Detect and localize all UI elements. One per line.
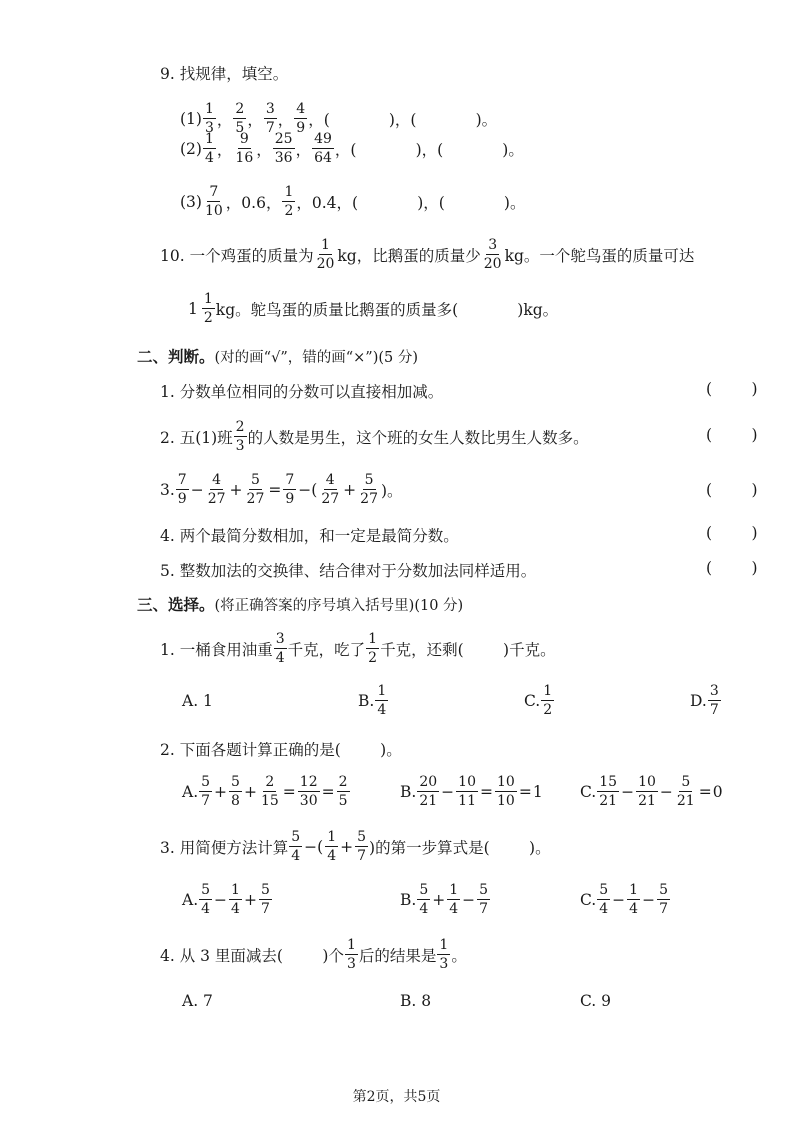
fraction: 25 (337, 775, 350, 808)
numerator: 1 (437, 938, 450, 955)
fraction: 2536 (273, 132, 295, 165)
denominator: 5 (337, 792, 350, 808)
numerator: 5 (259, 883, 272, 900)
fraction: 527 (245, 473, 267, 506)
denominator: 30 (298, 792, 320, 808)
denominator: 2 (202, 309, 215, 325)
numerator: 7 (207, 185, 220, 202)
whole-part: 1 (188, 300, 198, 318)
answer-blank[interactable]: 千克，还剩( )千克。 (380, 638, 556, 660)
minus-sign: − (462, 891, 475, 909)
denominator: 27 (319, 490, 341, 506)
q3-option-b[interactable]: B. 54 + 14 − 57 (400, 883, 491, 916)
numerator: 2 (233, 102, 246, 119)
question-text: 。 (451, 944, 467, 966)
fraction: 12 (366, 632, 379, 665)
denominator: 9 (176, 490, 189, 506)
judge-item-3: 3. 79 − 427 + 527 = 79 −( 427 + 527 )。 (160, 473, 403, 506)
q2-option-c[interactable]: C. 1521 − 1021 − 521 = 0 (580, 775, 723, 808)
section3-title: 三、选择。 (137, 593, 215, 615)
section3-note: (将正确答案的序号填入括号里)(10 分) (215, 594, 464, 615)
denominator: 21 (636, 792, 658, 808)
option-label: A. 1 (182, 692, 213, 710)
denominator: 8 (229, 792, 242, 808)
denominator: 15 (259, 792, 281, 808)
numerator: 5 (199, 883, 212, 900)
judge-item-5: 5. 整数加法的交换律、结合律对于分数加法同样适用。 (160, 559, 536, 581)
numerator: 1 (319, 238, 332, 255)
fraction: 1521 (597, 775, 619, 808)
fraction: 120 (315, 238, 337, 271)
judge-text: )。 (381, 479, 403, 501)
fraction: 4964 (312, 132, 334, 165)
numerator: 15 (597, 775, 619, 792)
option-label: D. (690, 692, 707, 710)
judge-item-2: 2. 五(1)班 23 的人数是男生，这个班的女生人数比男生人数多。 (160, 420, 589, 453)
choice-q2: 2. 下面各题计算正确的是( )。 (160, 738, 402, 760)
fraction: 57 (657, 883, 670, 916)
option-label: A. 7 (182, 992, 213, 1010)
equals-sign: = (699, 783, 712, 801)
question-text: 后的结果是 (359, 944, 437, 966)
fraction: 12 (541, 684, 554, 717)
q10-line2: 1 12 kg。鸵鸟蛋的质量比鹅蛋的质量多( )kg。 (188, 292, 558, 325)
denominator: 9 (283, 490, 296, 506)
fraction: 521 (675, 775, 697, 808)
fraction: 2021 (417, 775, 439, 808)
option-label: C. (580, 783, 596, 801)
judge-paren-5[interactable]: ( ) (706, 559, 758, 577)
numerator: 7 (283, 473, 296, 490)
fraction: 12 (202, 292, 215, 325)
denominator: 21 (597, 792, 619, 808)
q9-title-text: 9. 找规律，填空。 (160, 62, 288, 84)
numerator: 1 (541, 684, 554, 701)
equals-sign: = (322, 783, 335, 801)
numerator: 1 (345, 938, 358, 955)
section3-heading: 三、选择。 (将正确答案的序号填入括号里)(10 分) (137, 593, 463, 615)
option-label: A. (182, 783, 198, 801)
q9-sub2: (2) 14， 916， 2536， 4964 ，( )，( )。 (180, 132, 524, 165)
fraction: 54 (289, 830, 302, 863)
numerator: 5 (657, 883, 670, 900)
q4-option-c[interactable]: C. 9 (580, 992, 611, 1010)
section2-heading: 二、判断。 (对的画“√”，错的画“×”)(5 分) (137, 345, 418, 367)
numerator: 49 (312, 132, 334, 149)
numerator: 2 (234, 420, 247, 437)
fraction: 57 (355, 830, 368, 863)
numerator: 5 (363, 473, 376, 490)
denominator: 10 (203, 202, 225, 218)
question-text[interactable]: 2. 下面各题计算正确的是( )。 (160, 738, 402, 760)
denominator: 4 (375, 701, 388, 717)
result-value: 0 (713, 783, 723, 801)
plus-sign: + (230, 481, 243, 499)
fraction: 49 (294, 102, 307, 135)
q10-text: kg，比鹅蛋的质量少 (337, 244, 480, 266)
fraction: 34 (274, 632, 287, 665)
judge-text: 1. 分数单位相同的分数可以直接相加减。 (160, 380, 443, 402)
judge-text: 3. (160, 481, 175, 499)
fraction: 14 (375, 684, 388, 717)
fraction: 57 (259, 883, 272, 916)
judge-paren-1[interactable]: ( ) (706, 380, 758, 398)
denominator: 3 (437, 955, 450, 971)
numerator: 10 (456, 775, 478, 792)
numerator: 10 (495, 775, 517, 792)
judge-item-1: 1. 分数单位相同的分数可以直接相加减。 (160, 380, 443, 402)
judge-text: 的人数是男生，这个班的女生人数比男生人数多。 (248, 426, 589, 448)
page-number: 第2页，共5页 (0, 1086, 793, 1106)
numerator: 2 (337, 775, 350, 792)
question-text: 3. 用简便方法计算 (160, 836, 288, 858)
denominator: 20 (482, 255, 504, 271)
denominator: 4 (325, 847, 338, 863)
answer-blanks[interactable]: ，0.4，( )，( )。 (296, 191, 525, 213)
option-label: C. 9 (580, 992, 611, 1010)
fraction: 1021 (636, 775, 658, 808)
numerator: 4 (294, 102, 307, 119)
q9-title: 9. 找规律，填空。 (160, 62, 288, 84)
numerator: 5 (417, 883, 430, 900)
fraction: 215 (259, 775, 281, 808)
denominator: 64 (312, 149, 334, 165)
q10-text: kg。一个鸵鸟蛋的质量可达 (505, 244, 695, 266)
equals-sign: = (283, 783, 296, 801)
denominator: 4 (274, 649, 287, 665)
q3-option-a[interactable]: A. 54 − 14 + 57 (182, 883, 273, 916)
numerator: 1 (627, 883, 640, 900)
fraction: 427 (319, 473, 341, 506)
fraction: 916 (233, 132, 255, 165)
numerator: 5 (229, 775, 242, 792)
fraction: 13 (437, 938, 450, 971)
choice-q3: 3. 用简便方法计算 54 −( 14 + 57 )的第一步算式是( )。 (160, 830, 551, 863)
numerator: 2 (263, 775, 276, 792)
denominator: 27 (358, 490, 380, 506)
numerator: 1 (202, 292, 215, 309)
denominator: 7 (259, 900, 272, 916)
numerator: 3 (708, 684, 721, 701)
plus-sign: + (340, 838, 353, 856)
minus-sign: − (612, 891, 625, 909)
choice-q1: 1. 一桶食用油重 34 千克，吃了 12 千克，还剩( )千克。 (160, 632, 556, 665)
judge-text: 2. 五(1)班 (160, 426, 233, 448)
fraction: 12 (282, 185, 295, 218)
denominator: 4 (447, 900, 460, 916)
numerator: 5 (249, 473, 262, 490)
numerator: 7 (176, 473, 189, 490)
equals-sign: = (268, 481, 281, 499)
q4-option-a[interactable]: A. 7 (182, 992, 213, 1010)
option-label: A. (182, 891, 198, 909)
equals-sign: = (519, 783, 532, 801)
q1-option-b[interactable]: B. 14 (358, 684, 389, 717)
numerator: 1 (203, 102, 216, 119)
fraction: 13 (345, 938, 358, 971)
fraction: 1010 (495, 775, 517, 808)
fraction: 710 (203, 185, 225, 218)
fraction: 37 (708, 684, 721, 717)
judge-paren-3[interactable]: ( ) (706, 481, 758, 499)
denominator: 4 (597, 900, 610, 916)
option-label: C. (524, 692, 540, 710)
fraction: 14 (447, 883, 460, 916)
answer-blanks[interactable]: ，( )，( )。 (308, 108, 497, 130)
denominator: 3 (234, 437, 247, 453)
result-value: 1 (533, 783, 543, 801)
fraction: 1011 (456, 775, 478, 808)
q10-answer-blank[interactable]: kg。鸵鸟蛋的质量比鹅蛋的质量多( )kg。 (216, 298, 558, 320)
judge-text: 5. 整数加法的交换律、结合律对于分数加法同样适用。 (160, 559, 536, 581)
numerator: 5 (355, 830, 368, 847)
numerator: 3 (486, 238, 499, 255)
q2-option-a[interactable]: A. 57 + 58 + 215 = 1230 = 25 (182, 775, 351, 808)
q9-sub1: (1) 13， 25， 37， 49 ，( )，( )。 (180, 102, 497, 135)
q4-option-b[interactable]: B. 8 (400, 992, 431, 1010)
minus-sign: − (660, 783, 673, 801)
minus-sign: − (191, 481, 204, 499)
numerator: 9 (238, 132, 251, 149)
option-label: B. (400, 783, 416, 801)
denominator: 4 (229, 900, 242, 916)
numerator: 3 (274, 632, 287, 649)
question-text: 1. 一桶食用油重 (160, 638, 273, 660)
fraction: 14 (325, 830, 338, 863)
denominator: 21 (675, 792, 697, 808)
fraction: 79 (176, 473, 189, 506)
numerator: 1 (375, 684, 388, 701)
plus-sign: + (343, 481, 356, 499)
denominator: 2 (366, 649, 379, 665)
sub-label: (2) (180, 140, 202, 158)
denominator: 27 (206, 490, 228, 506)
section2-note: (对的画“√”，错的画“×”)(5 分) (215, 346, 419, 367)
denominator: 36 (273, 149, 295, 165)
numerator: 4 (210, 473, 223, 490)
minus-sign: − (214, 891, 227, 909)
fraction: 14 (627, 883, 640, 916)
denominator: 3 (345, 955, 358, 971)
numerator: 4 (324, 473, 337, 490)
numerator: 12 (298, 775, 320, 792)
denominator: 4 (627, 900, 640, 916)
denominator: 10 (495, 792, 517, 808)
denominator: 7 (477, 900, 490, 916)
option-label: C. (580, 891, 596, 909)
plus-sign: + (432, 891, 445, 909)
answer-blanks[interactable]: ，( )，( )。 (335, 138, 524, 160)
minus-sign: − (621, 783, 634, 801)
question-text: 千克，吃了 (288, 638, 366, 660)
q10-line1: 10. 一个鸡蛋的质量为 120 kg，比鹅蛋的质量少 320 kg。一个鸵鸟蛋… (160, 238, 694, 271)
denominator: 7 (657, 900, 670, 916)
q3-option-c[interactable]: C. 54 − 14 − 57 (580, 883, 671, 916)
plus-sign: + (244, 783, 257, 801)
fraction: 320 (482, 238, 504, 271)
fraction: 79 (283, 473, 296, 506)
fraction: 14 (203, 132, 216, 165)
numerator: 25 (273, 132, 295, 149)
fraction: 57 (199, 775, 212, 808)
fraction: 54 (417, 883, 430, 916)
minus-sign: − (642, 891, 655, 909)
denominator: 21 (417, 792, 439, 808)
q1-option-c[interactable]: C. 12 (524, 684, 555, 717)
mixed-number: 1 12 (188, 292, 216, 325)
denominator: 4 (417, 900, 430, 916)
numerator: 5 (477, 883, 490, 900)
q1-option-a[interactable]: A. 1 (182, 692, 213, 710)
numerator: 1 (366, 632, 379, 649)
numerator: 5 (597, 883, 610, 900)
minus-sign: − (441, 783, 454, 801)
section2-title: 二、判断。 (137, 345, 215, 367)
q9-sub3: (3) 710 ，0.6， 12 ，0.4，( )，( )。 (180, 185, 525, 218)
sub-label: (1) (180, 110, 202, 128)
numerator: 3 (264, 102, 277, 119)
plus-sign: + (214, 783, 227, 801)
denominator: 2 (541, 701, 554, 717)
numerator: 5 (289, 830, 302, 847)
denominator: 4 (203, 149, 216, 165)
denominator: 4 (289, 847, 302, 863)
denominator: 2 (282, 202, 295, 218)
option-label: B. (400, 891, 416, 909)
numerator: 5 (199, 775, 212, 792)
denominator: 7 (708, 701, 721, 717)
fraction: 14 (229, 883, 242, 916)
judge-item-4: 4. 两个最简分数相加，和一定是最简分数。 (160, 524, 459, 546)
sequence-text: ，0.6， (226, 191, 282, 213)
fraction: 58 (229, 775, 242, 808)
option-label: B. (358, 692, 374, 710)
numerator: 20 (417, 775, 439, 792)
denominator: 7 (199, 792, 212, 808)
judge-text: 4. 两个最简分数相加，和一定是最简分数。 (160, 524, 459, 546)
choice-q4: 4. 从 3 里面减去( )个 13 后的结果是 13 。 (160, 938, 467, 971)
fraction: 54 (199, 883, 212, 916)
fraction: 54 (597, 883, 610, 916)
fraction: 527 (358, 473, 380, 506)
judge-paren-2[interactable]: ( ) (706, 426, 758, 444)
equals-sign: = (480, 783, 493, 801)
q2-option-b[interactable]: B. 2021 − 1011 = 1010 = 1 (400, 775, 543, 808)
minus-paren: −( (298, 481, 317, 499)
minus-paren: −( (304, 838, 323, 856)
fraction: 427 (206, 473, 228, 506)
numerator: 1 (447, 883, 460, 900)
numerator: 10 (636, 775, 658, 792)
plus-sign: + (244, 891, 257, 909)
answer-blank[interactable]: )的第一步算式是( )。 (369, 836, 551, 858)
numerator: 1 (325, 830, 338, 847)
denominator: 16 (233, 149, 255, 165)
numerator: 1 (203, 132, 216, 149)
denominator: 11 (456, 792, 478, 808)
q10-text: 10. 一个鸡蛋的质量为 (160, 244, 314, 266)
fraction: 57 (477, 883, 490, 916)
denominator: 27 (245, 490, 267, 506)
option-label: B. 8 (400, 992, 431, 1010)
fraction: 1230 (298, 775, 320, 808)
denominator: 20 (315, 255, 337, 271)
numerator: 1 (229, 883, 242, 900)
question-text[interactable]: 4. 从 3 里面减去( )个 (160, 944, 344, 966)
numerator: 5 (679, 775, 692, 792)
numerator: 1 (282, 185, 295, 202)
denominator: 4 (199, 900, 212, 916)
denominator: 7 (355, 847, 368, 863)
sub-label: (3) (180, 193, 202, 211)
judge-paren-4[interactable]: ( ) (706, 524, 758, 542)
fraction: 23 (234, 420, 247, 453)
q1-option-d[interactable]: D. 37 (690, 684, 722, 717)
